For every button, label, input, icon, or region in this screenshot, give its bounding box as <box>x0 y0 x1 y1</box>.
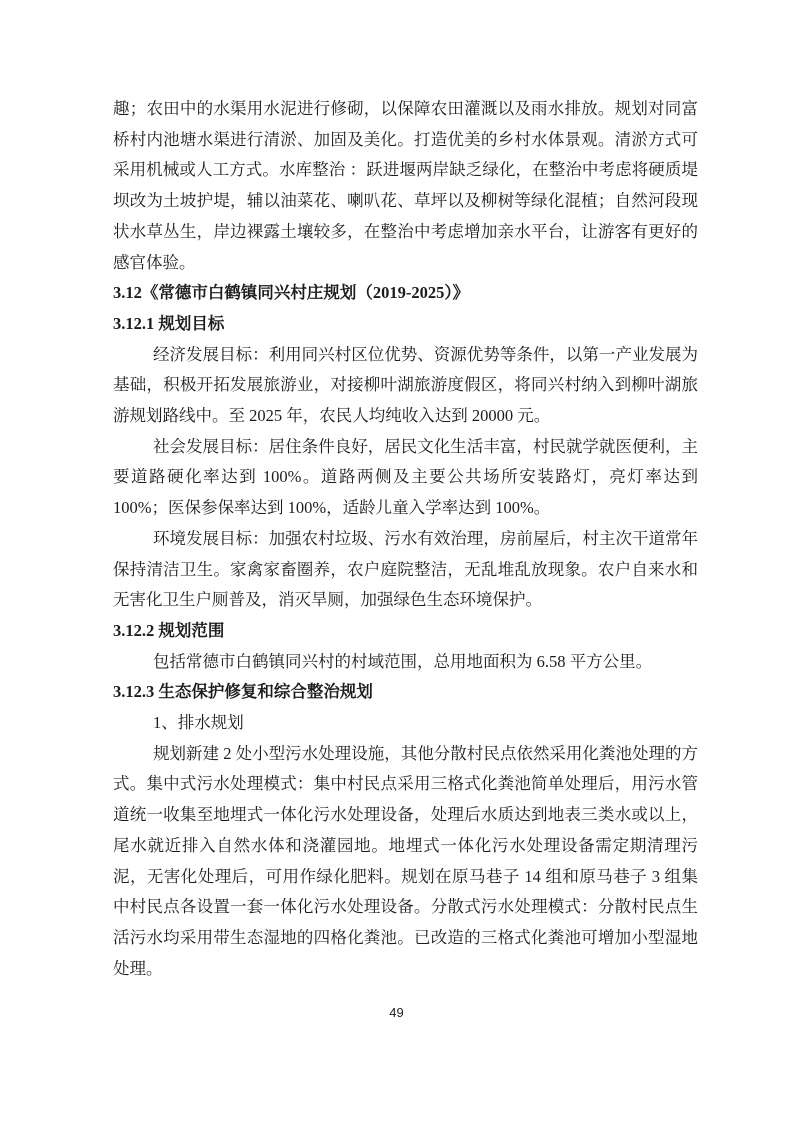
heading-3-12-1-planning-goals: 3.12.1 规划目标 <box>113 309 698 340</box>
page-footer: 49 <box>0 1005 793 1021</box>
paragraph-social-goals: 社会发展目标：居住条件良好，居民文化生活丰富，村民就学就医便利，主要道路硬化率达… <box>113 432 698 524</box>
paragraph-environment-goals: 环境发展目标：加强农村垃圾、污水有效治理，房前屋后，村主次干道常年保持清洁卫生。… <box>113 524 698 616</box>
paragraph-drainage-plan: 规划新建 2 处小型污水处理设施，其他分散村民点依然采用化粪池处理的方式。集中式… <box>113 739 698 985</box>
heading-3-12-2-planning-scope: 3.12.2 规划范围 <box>113 616 698 647</box>
document-body: 趣；农田中的水渠用水泥进行修砌，以保障农田灌溉以及雨水排放。规划对同富桥村内池塘… <box>113 94 698 984</box>
paragraph-water-improvement-continuation: 趣；农田中的水渠用水泥进行修砌，以保障农田灌溉以及雨水排放。规划对同富桥村内池塘… <box>113 94 698 278</box>
page-number: 49 <box>389 1005 403 1020</box>
document-page: 趣；农田中的水渠用水泥进行修砌，以保障农田灌溉以及雨水排放。规划对同富桥村内池塘… <box>0 0 793 1122</box>
list-item-drainage-planning-title: 1、排水规划 <box>113 708 698 739</box>
heading-3-12-3-ecological-protection: 3.12.3 生态保护修复和综合整治规划 <box>113 677 698 708</box>
heading-3-12-village-plan-title: 3.12《常德市白鹤镇同兴村庄规划（2019-2025）》 <box>113 278 698 309</box>
paragraph-economic-goals: 经济发展目标：利用同兴村区位优势、资源优势等条件，以第一产业发展为基础，积极开拓… <box>113 340 698 432</box>
paragraph-planning-scope: 包括常德市白鹤镇同兴村的村域范围，总用地面积为 6.58 平方公里。 <box>113 647 698 678</box>
